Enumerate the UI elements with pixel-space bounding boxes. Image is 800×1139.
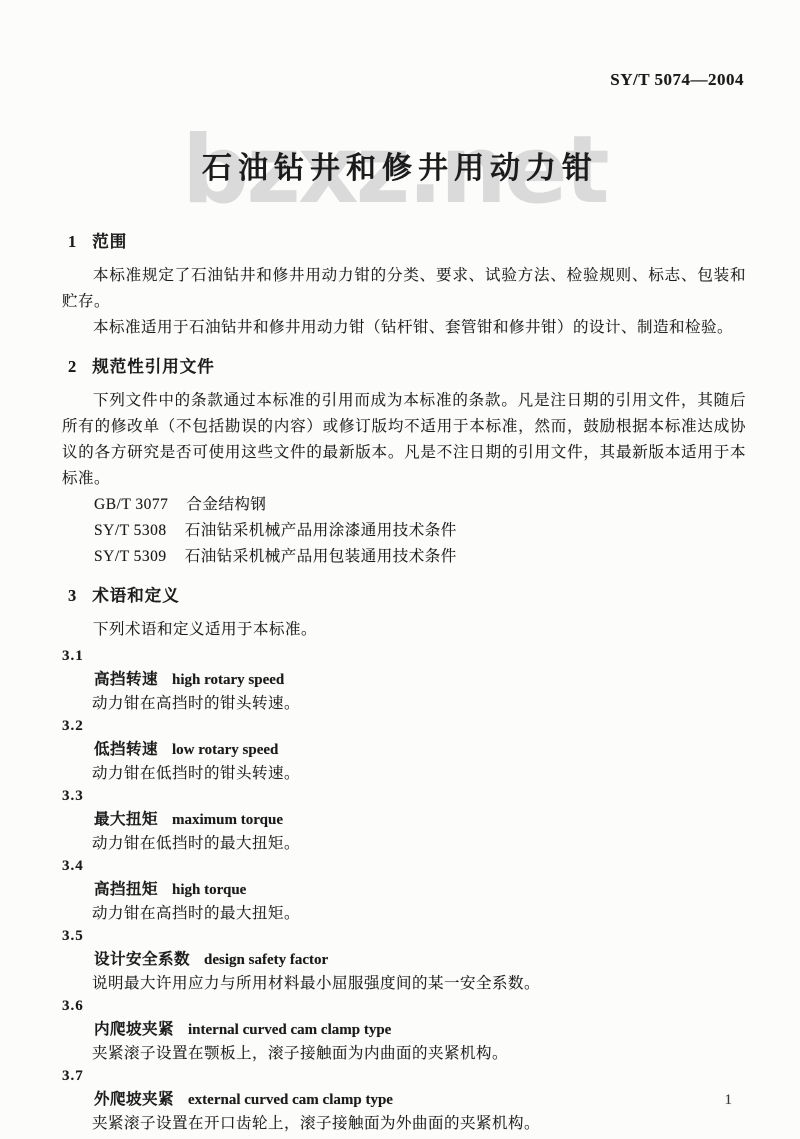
section-title: 范围 xyxy=(92,232,127,251)
term-definition: 动力钳在低挡时的钳头转速。 xyxy=(62,762,746,785)
term-name-zh: 设计安全系数 xyxy=(94,951,190,968)
term-definition: 夹紧滚子设置在开口齿轮上，滚子接触面为外曲面的夹紧机构。 xyxy=(62,1112,746,1135)
reference-title: 石油钻采机械产品用包装通用技术条件 xyxy=(185,548,457,565)
reference-code: SY/T 5309 xyxy=(94,548,167,565)
page-number: 1 xyxy=(725,1092,733,1109)
term-name-en: design safety factor xyxy=(204,952,328,968)
terms-list: 3.1 高挡转速high rotary speed 动力钳在高挡时的钳头转速。 … xyxy=(62,645,746,1135)
term-name-en: external curved cam clamp type xyxy=(188,1092,393,1108)
reference-list: GB/T 3077合金结构钢 SY/T 5308石油钻采机械产品用涂漆通用技术条… xyxy=(62,492,746,570)
term-definition: 说明最大许用应力与所用材料最小屈服强度间的某一安全系数。 xyxy=(62,972,746,995)
term-definition: 动力钳在低挡时的最大扭矩。 xyxy=(62,832,746,855)
term-name-en: internal curved cam clamp type xyxy=(188,1022,391,1038)
term-number: 3.5 xyxy=(62,925,746,948)
term-name-en: high torque xyxy=(172,882,246,898)
term-name-zh: 高挡转速 xyxy=(94,671,158,688)
term-name-en: high rotary speed xyxy=(172,672,284,688)
reference-item: SY/T 5309石油钻采机械产品用包装通用技术条件 xyxy=(62,544,746,570)
term-definition: 动力钳在高挡时的钳头转速。 xyxy=(62,692,746,715)
term-item: 3.7 外爬坡夹紧external curved cam clamp type … xyxy=(62,1065,746,1135)
section-number: 1 xyxy=(68,232,76,251)
term-number: 3.1 xyxy=(62,645,746,668)
term-number: 3.7 xyxy=(62,1065,746,1088)
standard-number: SY/T 5074—2004 xyxy=(610,70,744,90)
paragraph: 本标准规定了石油钻井和修井用动力钳的分类、要求、试验方法、检验规则、标志、包装和… xyxy=(62,263,746,315)
document-body: 1范围 本标准规定了石油钻井和修井用动力钳的分类、要求、试验方法、检验规则、标志… xyxy=(62,222,746,1135)
term-number: 3.6 xyxy=(62,995,746,1018)
paragraph: 下列文件中的条款通过本标准的引用而成为本标准的条款。凡是注日期的引用文件，其随后… xyxy=(62,388,746,492)
section-normative-references: 2规范性引用文件 下列文件中的条款通过本标准的引用而成为本标准的条款。凡是注日期… xyxy=(62,353,746,570)
section-title: 规范性引用文件 xyxy=(92,357,215,376)
term-name-zh: 内爬坡夹紧 xyxy=(94,1021,174,1038)
term-item: 3.5 设计安全系数design safety factor 说明最大许用应力与… xyxy=(62,925,746,995)
section-number: 3 xyxy=(68,586,76,605)
term-number: 3.2 xyxy=(62,715,746,738)
section-terms-definitions: 3术语和定义 下列术语和定义适用于本标准。 3.1 高挡转速high rotar… xyxy=(62,582,746,1135)
term-name: 低挡转速low rotary speed xyxy=(62,738,746,762)
term-definition: 动力钳在高挡时的最大扭矩。 xyxy=(62,902,746,925)
reference-item: GB/T 3077合金结构钢 xyxy=(62,492,746,518)
term-name: 设计安全系数design safety factor xyxy=(62,948,746,972)
section-scope: 1范围 本标准规定了石油钻井和修井用动力钳的分类、要求、试验方法、检验规则、标志… xyxy=(62,228,746,341)
section-heading: 3术语和定义 xyxy=(68,582,746,606)
term-name-zh: 高挡扭矩 xyxy=(94,881,158,898)
reference-code: GB/T 3077 xyxy=(94,496,168,513)
section-title: 术语和定义 xyxy=(92,586,180,605)
term-number: 3.3 xyxy=(62,785,746,808)
term-name-en: maximum torque xyxy=(172,812,283,828)
term-item: 3.2 低挡转速low rotary speed 动力钳在低挡时的钳头转速。 xyxy=(62,715,746,785)
term-name: 高挡转速high rotary speed xyxy=(62,668,746,692)
document-title: 石油钻井和修井用动力钳 xyxy=(0,143,800,187)
term-name: 外爬坡夹紧external curved cam clamp type xyxy=(62,1088,746,1112)
term-item: 3.3 最大扭矩maximum torque 动力钳在低挡时的最大扭矩。 xyxy=(62,785,746,855)
term-name: 内爬坡夹紧internal curved cam clamp type xyxy=(62,1018,746,1042)
section-number: 2 xyxy=(68,357,76,376)
term-name-zh: 最大扭矩 xyxy=(94,811,158,828)
reference-code: SY/T 5308 xyxy=(94,522,167,539)
reference-item: SY/T 5308石油钻采机械产品用涂漆通用技术条件 xyxy=(62,518,746,544)
section-heading: 2规范性引用文件 xyxy=(68,353,746,377)
scanned-standard-page: SY/T 5074—2004 bzxz.net 石油钻井和修井用动力钳 1范围 … xyxy=(0,0,800,1139)
term-item: 3.4 高挡扭矩high torque 动力钳在高挡时的最大扭矩。 xyxy=(62,855,746,925)
term-name: 高挡扭矩high torque xyxy=(62,878,746,902)
term-name-zh: 低挡转速 xyxy=(94,741,158,758)
term-name: 最大扭矩maximum torque xyxy=(62,808,746,832)
reference-title: 合金结构钢 xyxy=(186,496,266,513)
section-heading: 1范围 xyxy=(68,228,746,252)
term-item: 3.1 高挡转速high rotary speed 动力钳在高挡时的钳头转速。 xyxy=(62,645,746,715)
term-name-en: low rotary speed xyxy=(172,742,278,758)
term-name-zh: 外爬坡夹紧 xyxy=(94,1091,174,1108)
reference-title: 石油钻采机械产品用涂漆通用技术条件 xyxy=(185,522,457,539)
term-item: 3.6 内爬坡夹紧internal curved cam clamp type … xyxy=(62,995,746,1065)
paragraph: 下列术语和定义适用于本标准。 xyxy=(62,617,746,643)
term-number: 3.4 xyxy=(62,855,746,878)
term-definition: 夹紧滚子设置在颚板上，滚子接触面为内曲面的夹紧机构。 xyxy=(62,1042,746,1065)
paragraph: 本标准适用于石油钻井和修井用动力钳（钻杆钳、套管钳和修井钳）的设计、制造和检验。 xyxy=(62,315,746,341)
